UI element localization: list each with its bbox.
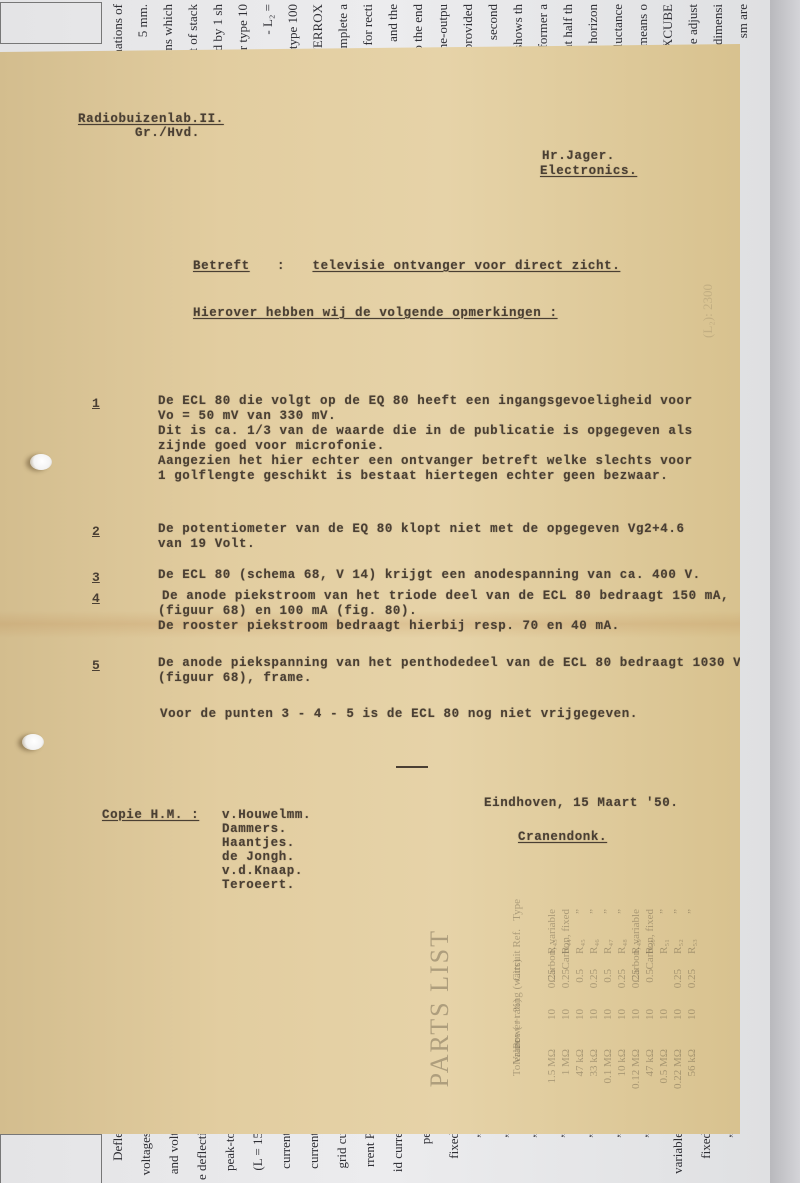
book-text-fragment: 5 mm. — [135, 4, 150, 37]
parts-list-cell: 10 — [643, 1009, 657, 1020]
show-through-parts-list: PARTS LIST ValueTolerance (± %)Power rat… — [395, 899, 715, 1159]
book-text-fragment: (L = 15 — [250, 1132, 265, 1171]
parts-list-cell: 0.5 — [601, 969, 615, 983]
remark-number: 3 — [92, 570, 100, 585]
remark-line: Vo = 50 mV van 330 mV. — [158, 409, 336, 425]
parts-list-cell: Carbon, fixed — [559, 909, 573, 969]
parts-list-header: Type — [510, 899, 524, 921]
parts-list-cell: ” — [615, 909, 629, 914]
parts-list-cell: R₄₅ — [573, 939, 587, 954]
remark-line: zijnde goed voor microfonie. — [158, 439, 385, 455]
parts-list-cell: 10 — [573, 1009, 587, 1020]
copy-label: Copie H.M. : — [102, 808, 199, 824]
book-text-fragment: at half th — [560, 4, 575, 50]
memo-sheet: PARTS LIST ValueTolerance (± %)Power rat… — [0, 44, 740, 1134]
parts-list-cell: 0.5 MΩ — [657, 1049, 671, 1083]
parts-list-cell: 10 — [545, 1009, 559, 1020]
parts-list-cell: 10 — [601, 1009, 615, 1020]
remark-number: 2 — [92, 524, 100, 539]
parts-list-cell: 10 — [587, 1009, 601, 1020]
schematic-fragment-bottom — [0, 1134, 102, 1183]
parts-list-cell: 47 kΩ — [643, 1049, 657, 1076]
book-text-fragment: variable — [670, 1132, 685, 1174]
parts-list-cell: 10 kΩ — [615, 1049, 629, 1076]
book-text-fragment: grid cu — [334, 1132, 349, 1168]
book-text-fragment: current — [306, 1132, 321, 1169]
parts-list-cell: 0.25 — [615, 969, 629, 988]
book-text-fragment: current — [278, 1132, 293, 1169]
parts-list-cell: ” — [657, 909, 671, 914]
book-text-fragment: e deflecti — [194, 1132, 209, 1180]
remark-number: 4 — [92, 591, 100, 606]
parts-list-cell: 0.5 — [573, 969, 587, 983]
remark-line: Dit is ca. 1/3 van de waarde die in de p… — [158, 424, 693, 440]
book-text-fragment: for recti — [360, 4, 375, 46]
book-text-fragment: dimensi — [710, 4, 725, 45]
parts-list-cell: 1 MΩ — [559, 1049, 573, 1075]
parts-list-cell: 10 — [615, 1009, 629, 1020]
remark-number: 5 — [92, 658, 100, 673]
punch-hole — [30, 454, 52, 470]
remark-line: Aangezien het hier echter een ontvanger … — [158, 454, 693, 470]
sender-reference: Gr./Hvd. — [135, 126, 200, 142]
parts-list-cell: 0.5 — [643, 969, 657, 983]
parts-list-cell: Carbon, variable — [545, 909, 559, 982]
recipient-department: Electronics. — [540, 164, 637, 180]
parts-list-cell: 1.5 MΩ — [545, 1049, 559, 1083]
parts-list-cell: 10 — [685, 1009, 699, 1020]
parts-list-cell: R₅₂ — [671, 939, 685, 954]
parts-list-cell: 56 kΩ — [685, 1049, 699, 1076]
remark-line: De anode piekspanning van het penthodede… — [158, 656, 749, 672]
remark-line: De ECL 80 die volgt op de EQ 80 heeft ee… — [158, 394, 693, 410]
separator-dash — [396, 766, 428, 768]
parts-list-cell: R₅₁ — [657, 939, 671, 954]
parts-list-cell: 0.12 MΩ — [629, 1049, 643, 1089]
parts-list-cell: R₅₃ — [685, 939, 699, 954]
book-text-fragment: horizon — [585, 4, 600, 44]
parts-list-cell: 10 — [559, 1009, 573, 1020]
parts-list-cell: Carbon, fixed — [643, 909, 657, 969]
book-text-fragment: e adjust — [685, 4, 700, 44]
parts-list-cell: 10 — [629, 1009, 643, 1020]
book-text-fragment: rrent P — [362, 1132, 377, 1167]
parts-list-cell: 10 — [657, 1009, 671, 1020]
book-text-fragment: peak-to — [222, 1132, 237, 1171]
book-text-fragment: second — [485, 4, 500, 40]
copy-recipient: Teroeert. — [222, 878, 295, 894]
parts-list-cell: ” — [671, 909, 685, 914]
parts-list-cell: ” — [601, 909, 615, 914]
parts-list-title: PARTS LIST — [425, 929, 455, 1087]
remark-line: (figuur 68) en 100 mA (fig. 80). — [158, 604, 417, 620]
book-text-fragment: Defle — [110, 1132, 125, 1161]
parts-list-header: Circuit Ref. — [510, 929, 524, 981]
show-through-side-fragment: (L₂): 2300 — [700, 284, 716, 338]
subject-label: Betreft — [193, 259, 250, 273]
parts-list-cell: R₄₆ — [587, 939, 601, 954]
subject-line: Betreft : televisie ontvanger voor direc… — [193, 256, 620, 275]
book-text-fragment: id curre — [390, 1132, 405, 1172]
remark-line: 1 golflengte geschikt is bestaat hierteg… — [158, 469, 668, 485]
remark-line: De rooster piekstroom bedraagt hierbij r… — [158, 619, 620, 635]
book-text-fragment: fixed — [698, 1132, 713, 1159]
parts-list-cell: 0.1 MΩ — [601, 1049, 615, 1083]
remark-line: De anode piekstroom van het triode deel … — [162, 589, 729, 605]
book-edge — [770, 0, 800, 1183]
parts-list-cell: 0.25 — [559, 969, 573, 988]
subject-separator: : — [277, 259, 285, 273]
parts-list-cell: R₄₈ — [615, 939, 629, 954]
book-text-fragment: - L₂ = — [260, 4, 275, 35]
book-text-fragment: sformer a — [535, 4, 550, 53]
parts-list-cell: Carbon, variable — [629, 909, 643, 982]
book-text-fragment: shows th — [510, 4, 525, 50]
remark-line: De ECL 80 (schema 68, V 14) krijgt een a… — [158, 568, 701, 584]
remark-line: De potentiometer van de EQ 80 klopt niet… — [158, 522, 685, 538]
parts-list-cell: R₄₇ — [601, 939, 615, 954]
book-text-fragment: provided — [460, 4, 475, 50]
parts-list-cell: 47 kΩ — [573, 1049, 587, 1076]
parts-list-cell: 0.25 — [685, 969, 699, 988]
book-text-fragment: voltages — [138, 1132, 153, 1175]
book-text-fragment: luctance — [610, 4, 625, 47]
subject-text: televisie ontvanger voor direct zicht. — [312, 259, 620, 273]
parts-list-cell: 0.25 — [671, 969, 685, 988]
book-text-fragment: and volt — [166, 1132, 181, 1174]
book-text-fragment: XCUBE — [660, 4, 675, 48]
parts-list-cell: 33 kΩ — [587, 1049, 601, 1076]
signature: Cranendonk. — [518, 830, 607, 846]
remark-line: (figuur 68), frame. — [158, 671, 312, 687]
parts-list-cell: 0.25 — [587, 969, 601, 988]
recipient-name: Hr.Jager. — [542, 149, 615, 165]
book-text-fragment: means o — [635, 4, 650, 47]
remark-line: van 19 Volt. — [158, 537, 255, 553]
parts-list-cell: 10 — [671, 1009, 685, 1020]
conclusion-text: Voor de punten 3 - 4 - 5 is de ECL 80 no… — [160, 707, 638, 723]
parts-list-cell: ” — [587, 909, 601, 914]
book-text-fragment: sm are — [735, 4, 750, 38]
punch-hole — [22, 734, 44, 750]
book-text-bottom: Deflevoltagesand volte deflectipeak-to(L… — [110, 1132, 770, 1183]
intro-text: Hierover hebben wij de volgende opmerkin… — [193, 306, 558, 322]
parts-list-cell: 0.22 MΩ — [671, 1049, 685, 1089]
parts-list-cell: ” — [573, 909, 587, 914]
book-text-fragment: fixed — [446, 1132, 461, 1159]
schematic-fragment-top — [0, 2, 102, 44]
place-date: Eindhoven, 15 Maart '50. — [484, 796, 678, 812]
remark-number: 1 — [92, 396, 100, 411]
book-text-fragment: and the — [385, 4, 400, 42]
parts-list-cell: ” — [685, 909, 699, 914]
